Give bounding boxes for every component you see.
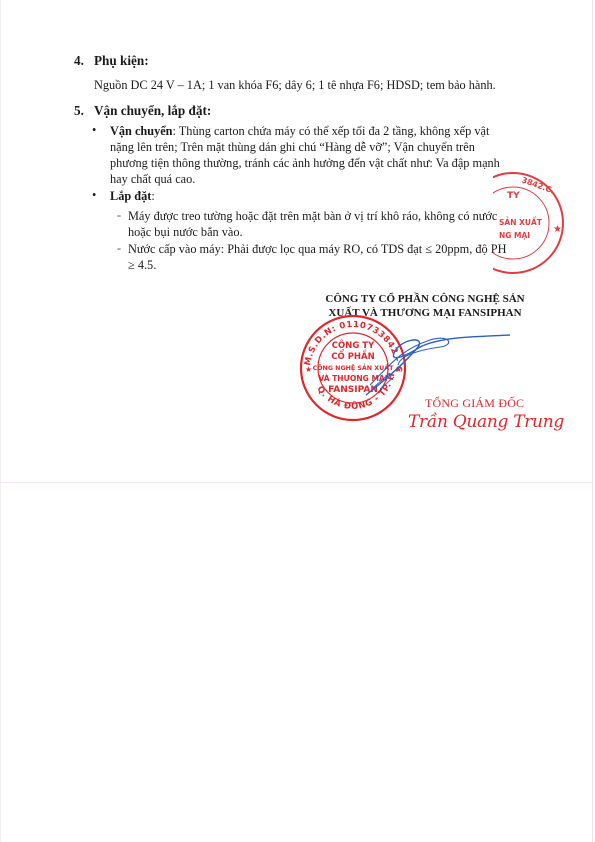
section-title: Phụ kiện: xyxy=(94,53,149,68)
bullet-marker: • xyxy=(92,123,96,138)
dash-marker: - xyxy=(117,208,121,223)
section-number: 5. xyxy=(74,103,94,119)
handwritten-signature xyxy=(360,325,520,405)
installation-item-1: Máy được treo tường hoặc đặt trên mặt bà… xyxy=(128,208,548,240)
shipping-paragraph: Vận chuyển: Thùng carton chứa máy có thể… xyxy=(110,123,544,187)
svg-text:3842.C.: 3842.C. xyxy=(520,175,555,195)
section-4-heading: 4.Phụ kiện: xyxy=(74,53,149,69)
signer-name: Trần Quang Trung xyxy=(408,412,564,432)
section-number: 4. xyxy=(74,53,94,69)
page-edge-left xyxy=(0,0,1,842)
installation-item-2: Nước cấp vào máy: Phải được lọc qua máy … xyxy=(128,241,548,273)
installation-label: Lắp đặt xyxy=(110,189,151,203)
svg-text:SẢN XUẤT: SẢN XUẤT xyxy=(499,217,543,227)
signer-role: TỔNG GIÁM ĐỐC xyxy=(425,396,524,411)
accessories-text: Nguồn DC 24 V – 1A; 1 van khóa F6; dây 6… xyxy=(94,77,544,93)
shipping-label: Vận chuyển xyxy=(110,124,173,138)
stamp-partial: TY SẢN XUẤT NG MẠI ★ 3842.C. xyxy=(493,168,593,278)
svg-text:TY: TY xyxy=(507,191,520,201)
page-edge-right xyxy=(592,0,593,842)
page-separator xyxy=(0,482,593,483)
svg-text:★: ★ xyxy=(305,365,312,374)
svg-text:NG MẠI: NG MẠI xyxy=(499,231,530,240)
bullet-marker: • xyxy=(92,188,96,203)
installation-heading: Lắp đặt: xyxy=(110,188,155,204)
svg-text:★: ★ xyxy=(553,224,562,235)
section-5-heading: 5.Vận chuyển, lắp đặt: xyxy=(74,103,211,119)
section-title: Vận chuyển, lắp đặt: xyxy=(94,103,211,118)
dash-marker: - xyxy=(117,241,121,256)
